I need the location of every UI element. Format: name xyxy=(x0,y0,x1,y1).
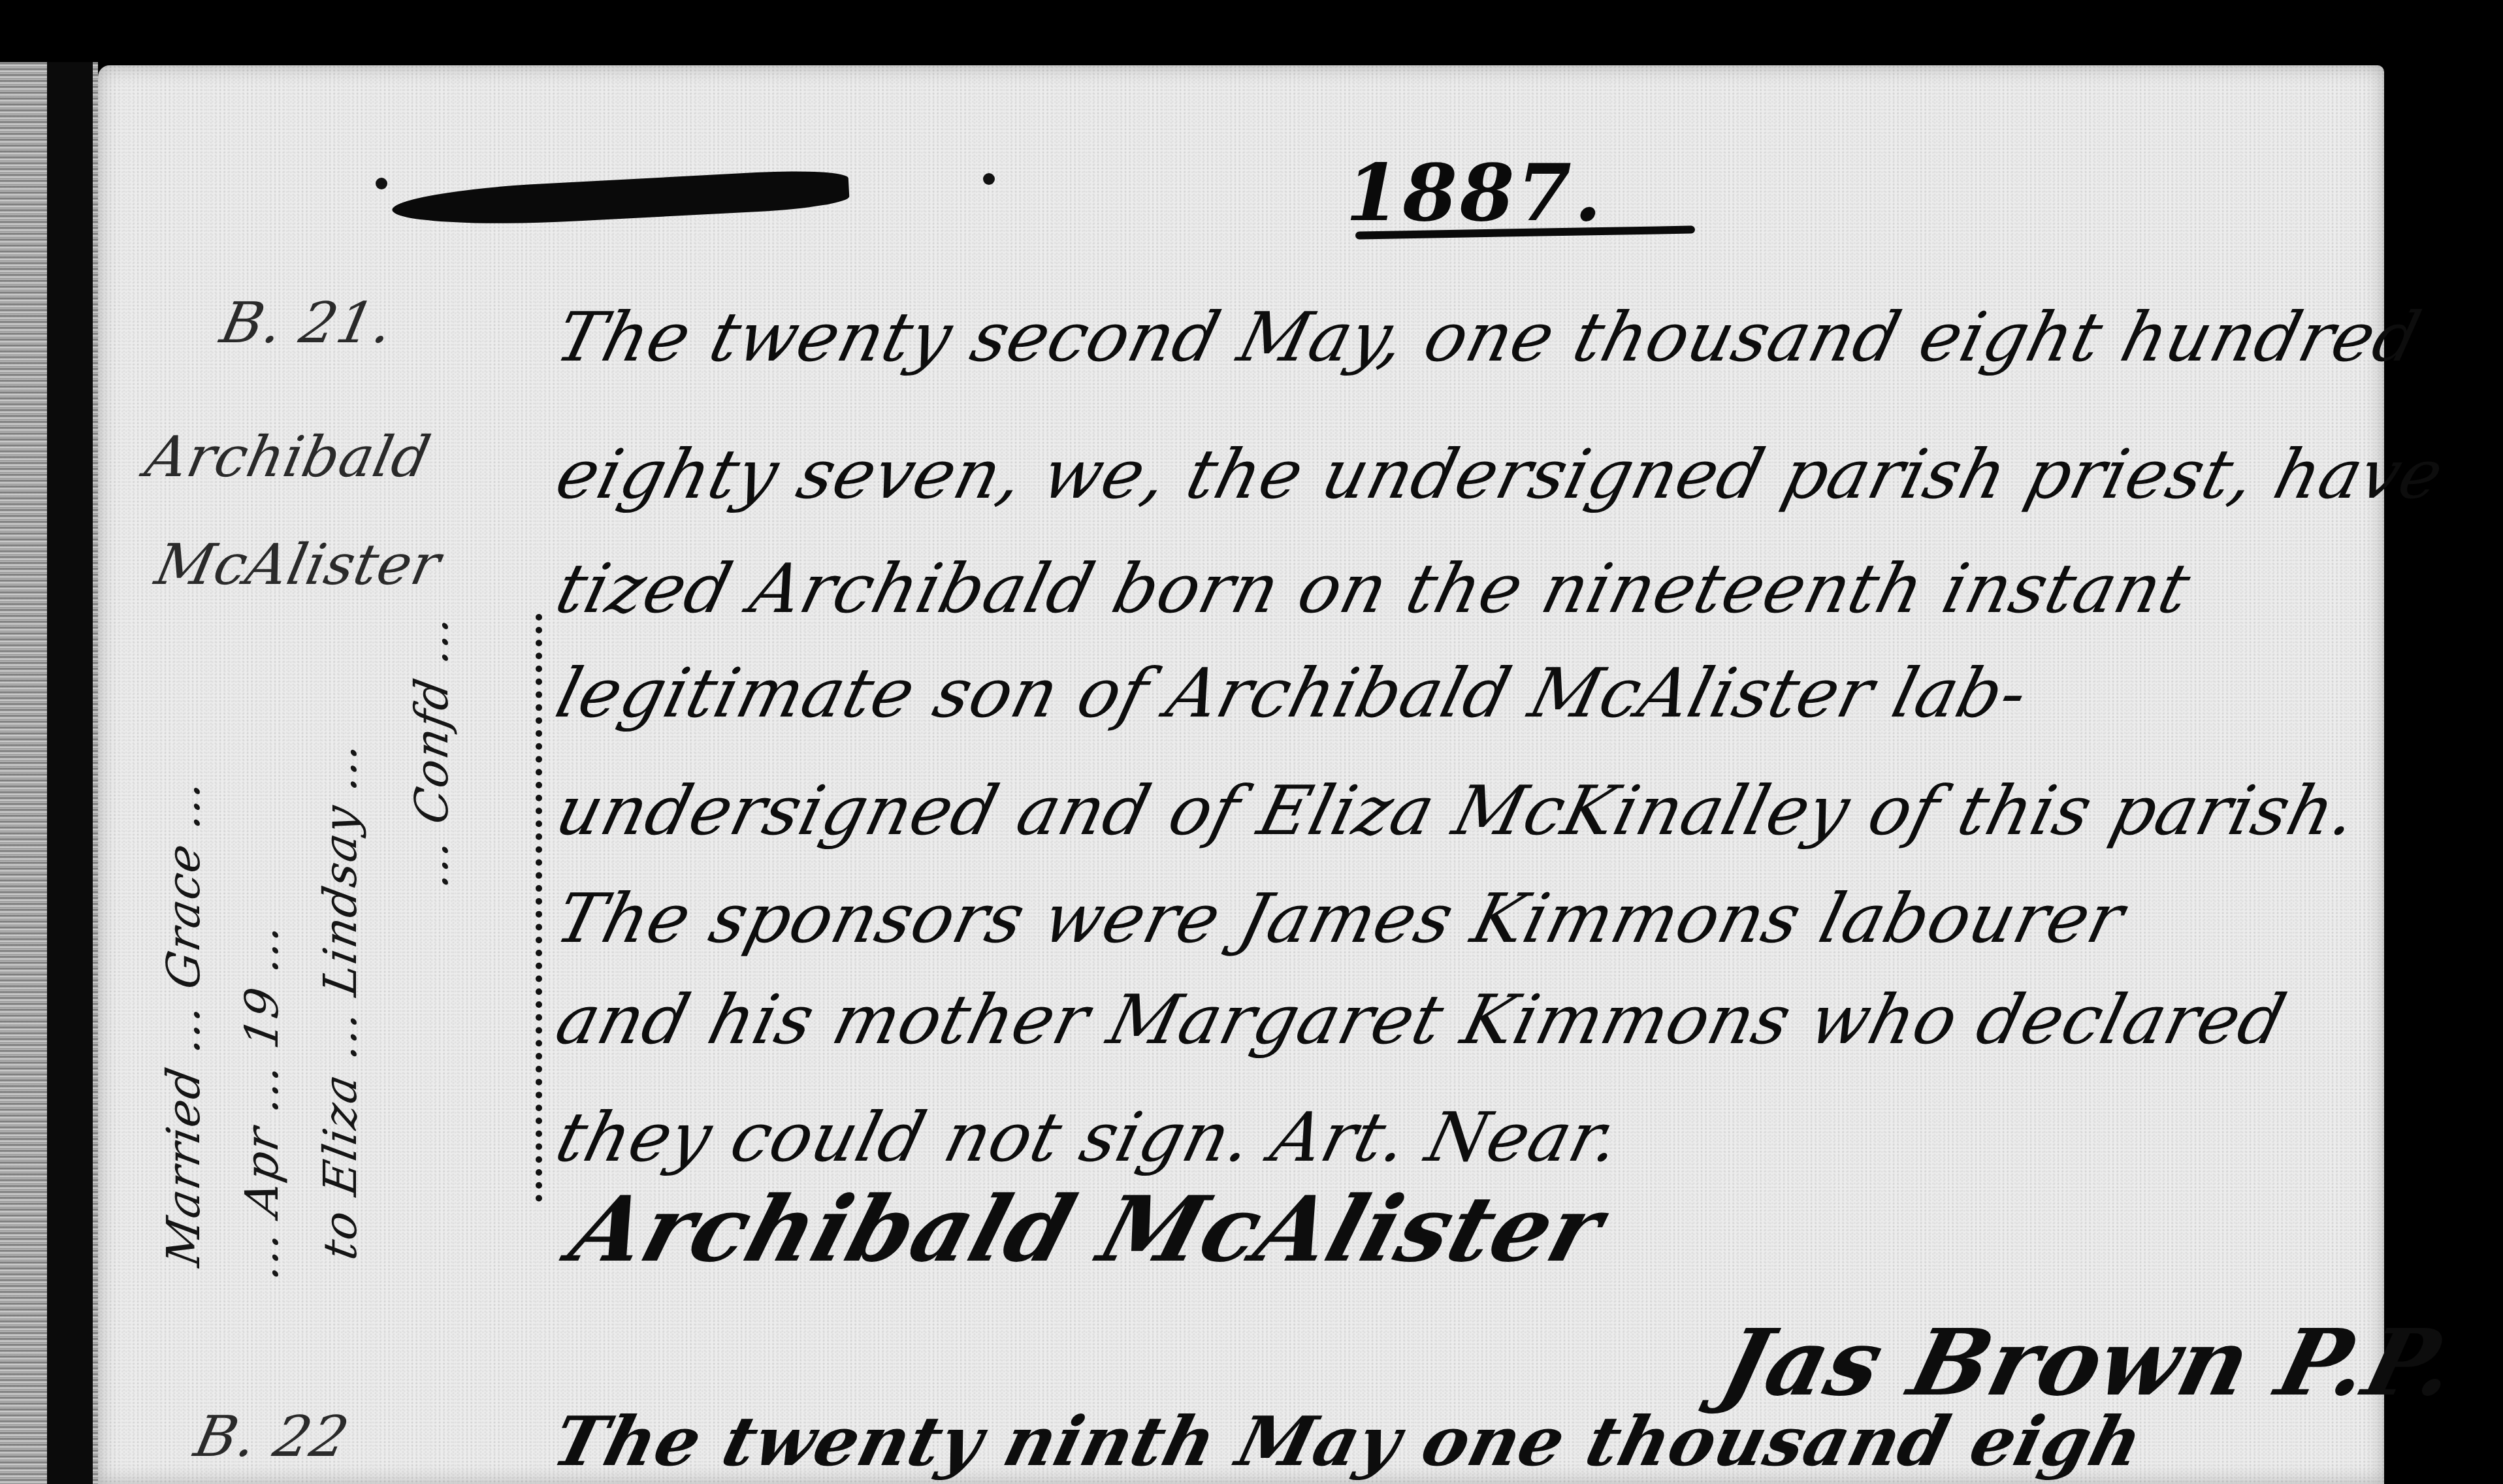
margin-note-vertical: ... Apr ... 19 ... xyxy=(235,919,289,1283)
page-edge-shadow xyxy=(2384,65,2503,1484)
margin-note-vertical: ... Confd ... xyxy=(405,610,459,891)
entry-line: The sponsors were James Kimmons labourer xyxy=(549,879,2133,958)
entry-line: The twenty second May, one thousand eigh… xyxy=(549,297,2429,377)
entry-line: tized Archibald born on the nineteenth i… xyxy=(549,549,2199,628)
entry-line: and his mother Margaret Kimmons who decl… xyxy=(549,980,2294,1059)
margin-child-surname: McAlister xyxy=(150,532,446,598)
entry-number: B. 21. xyxy=(215,291,399,356)
ink-spot xyxy=(376,178,387,189)
year-heading: 1887. xyxy=(1346,147,1604,239)
ink-spot xyxy=(983,173,995,185)
margin-note-vertical: to Eliza ... Lindsay ... xyxy=(314,737,367,1264)
entry-line: undersigned and of Eliza McKinalley of t… xyxy=(549,771,2366,850)
entry-line: legitimate son of Archibald McAlister la… xyxy=(549,653,2036,733)
margin-note-vertical: Married ... Grace ... xyxy=(157,775,210,1270)
microfilm-scan: 1887. B. 21. Archibald McAlister Married… xyxy=(0,0,2503,1484)
entry-line: eighty seven, we, the undersigned parish… xyxy=(549,434,2452,514)
binding-shadow xyxy=(47,62,93,1484)
margin-dotted-rule xyxy=(536,614,542,1202)
next-entry-number: B. 22 xyxy=(189,1404,355,1470)
next-entry-first-line: The twenty ninth May one thousand eigh xyxy=(545,1401,2151,1481)
father-signature: Archibald McAlister xyxy=(560,1176,1615,1282)
entry-line: they could not sign. Art. Near. xyxy=(549,1097,1629,1177)
margin-child-given-name: Archibald xyxy=(140,425,436,490)
